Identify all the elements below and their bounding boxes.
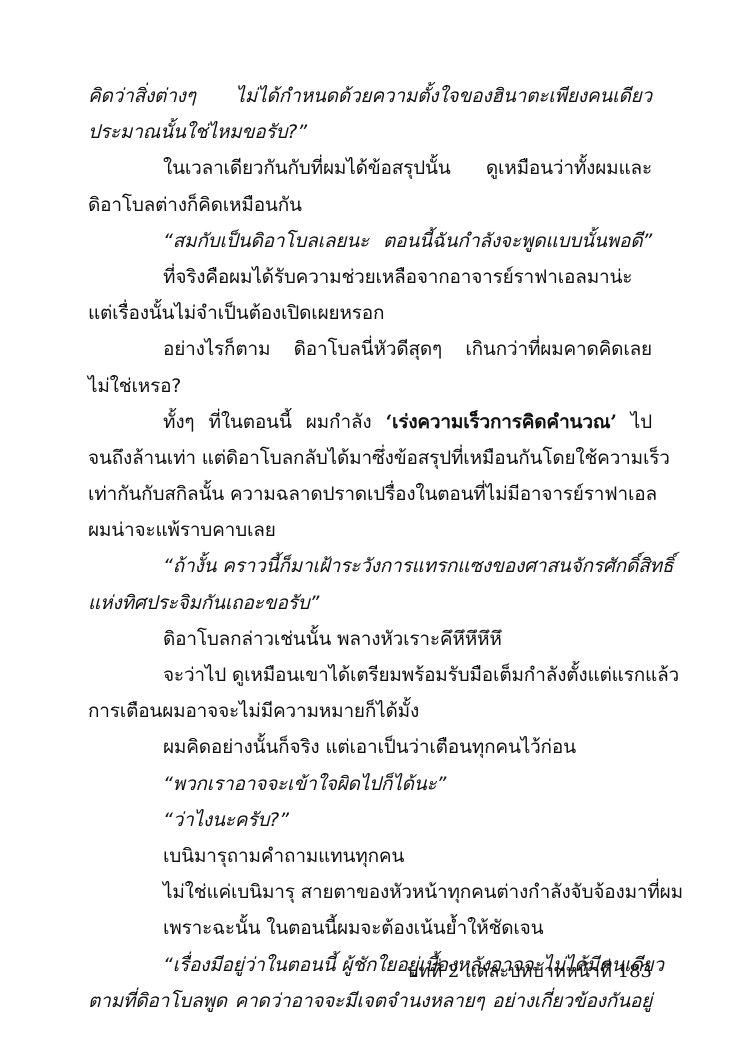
book-page-body: คิดว่าสิ่งต่างๆ ไม่ได้กำหนดด้วยความตั้งใ…: [88, 78, 652, 1019]
text-line-10: ทั้งๆ ที่ในตอนนี้ ผมกำลัง ‘เร่งความเร็วก…: [88, 404, 652, 440]
text-line-1: คิดว่าสิ่งต่างๆ ไม่ได้กำหนดด้วยความตั้งใ…: [88, 78, 652, 114]
text-line-21: “ว่าไงนะครับ?”: [88, 802, 652, 838]
text-line-4: ดิอาโบลต่างก็คิดเหมือนกัน: [88, 187, 652, 223]
text-line-12: เท่ากันกับสกิลนั้น ความฉลาดปราดเปรื่องใน…: [88, 476, 652, 512]
text-line-9: ไม่ใช่เหรอ?: [88, 368, 652, 404]
text-line-6: ที่จริงคือผมได้รับความช่วยเหลือจากอาจารย…: [88, 259, 652, 295]
text-line-14: “ถ้างั้น คราวนี้ก็มาเฝ้าระวังการแทรกแซงข…: [88, 548, 652, 584]
text-line-13: ผมน่าจะแพ้ราบคาบเลย: [88, 512, 652, 548]
text-line-24: เพราะฉะนั้น ในตอนนี้ผมจะต้องเน้นย้ำให้ชั…: [88, 910, 652, 946]
text-line-10-before: ทั้งๆ ที่ในตอนนี้ ผมกำลัง: [163, 411, 386, 433]
text-line-20: “พวกเราอาจจะเข้าใจผิดไปก็ได้นะ”: [88, 766, 652, 802]
text-line-18: การเตือนผมอาจจะไม่มีความหมายก็ได้มั้ง: [88, 693, 652, 729]
text-line-7: แต่เรื่องนั้นไม่จำเป็นต้องเปิดเผยหรอก: [88, 295, 652, 331]
text-line-22: เบนิมารุถามคำถามแทนทุกคน: [88, 838, 652, 874]
text-line-17: จะว่าไป ดูเหมือนเขาได้เตรียมพร้อมรับมือเ…: [88, 657, 652, 693]
text-line-23: ไม่ใช่แค่เบนิมารุ สายตาของหัวหน้าทุกคนต่…: [88, 874, 652, 910]
chapter-title: บทที่ 2 แต่ละบทบาทหน้าที่: [407, 961, 612, 982]
text-line-15: แห่งทิศประจิมกันเถอะขอรับ”: [88, 585, 652, 621]
text-line-26: ตามที่ดิอาโบลพูด คาดว่าอาจจะมีเจตจำนงหลา…: [88, 983, 652, 1019]
bold-skill-name: ‘เร่งความเร็วการคิดคำนวณ’: [386, 411, 617, 433]
text-line-3: ในเวลาเดียวกันกับที่ผมได้ข้อสรุปนั้น ดูเ…: [88, 150, 652, 186]
page-footer: บทที่ 2 แต่ละบทบาทหน้าที่ 183: [407, 956, 652, 985]
text-line-19: ผมคิดอย่างนั้นก็จริง แต่เอาเป็นว่าเตือนท…: [88, 729, 652, 765]
text-line-8: อย่างไรก็ตาม ดิอาโบลนี่หัวดีสุดๆ เกินกว่…: [88, 331, 652, 367]
text-line-2: ประมาณนั้นใช่ไหมขอรับ?”: [88, 114, 652, 150]
text-line-5: “สมกับเป็นดิอาโบลเลยนะ ตอนนี้ฉันกำลังจะพ…: [88, 223, 652, 259]
text-line-11: จนถึงล้านเท่า แต่ดิอาโบลกลับได้มาซึ่งข้อ…: [88, 440, 652, 476]
text-line-16: ดิอาโบลกล่าวเช่นนั้น พลางหัวเราะคึหึหึหึ…: [88, 621, 652, 657]
text-line-10-after: ไป: [617, 411, 652, 433]
page-number: 183: [618, 961, 652, 982]
